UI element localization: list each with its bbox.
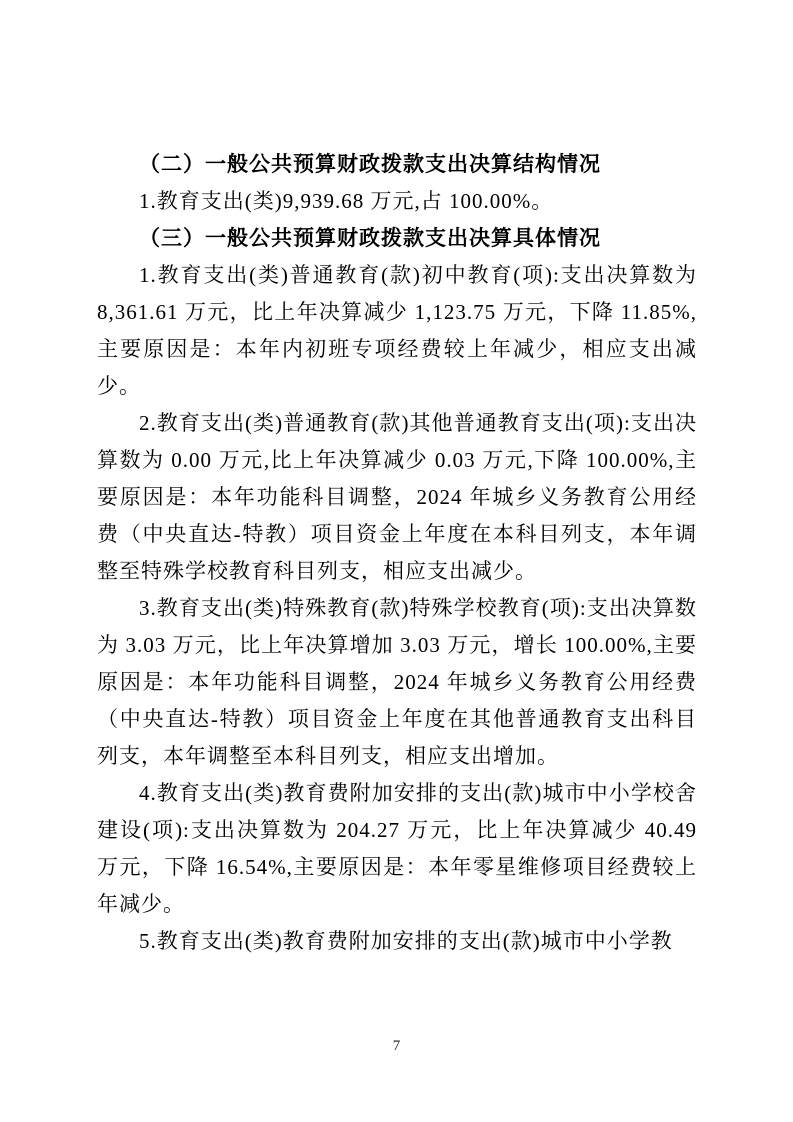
document-page: （二）一般公共预算财政拨款支出决算结构情况 1.教育支出(类)9,939.68 … xyxy=(0,0,793,1122)
section-heading-expenditure-structure: （二）一般公共预算财政拨款支出决算结构情况 xyxy=(97,146,697,183)
para-education-expenditure-total: 1.教育支出(类)9,939.68 万元,占 100.00%。 xyxy=(97,183,697,220)
para-item-3-special-school-education: 3.教育支出(类)特殊教育(款)特殊学校教育(项):支出决算数为 3.03 万元… xyxy=(97,590,697,775)
section-heading-expenditure-details: （三）一般公共预算财政拨款支出决算具体情况 xyxy=(97,220,697,257)
para-item-4-school-building-construction: 4.教育支出(类)教育费附加安排的支出(款)城市中小学校舍建设(项):支出决算数… xyxy=(97,775,697,923)
para-item-2-other-general-education: 2.教育支出(类)普通教育(款)其他普通教育支出(项):支出决算数为 0.00 … xyxy=(97,405,697,590)
page-footer: 7 xyxy=(0,1036,793,1056)
para-item-1-junior-high-education: 1.教育支出(类)普通教育(款)初中教育(项):支出决算数为 8,361.61 … xyxy=(97,257,697,405)
page-number: 7 xyxy=(393,1038,401,1054)
para-item-5-city-primary-secondary: 5.教育支出(类)教育费附加安排的支出(款)城市中小学教 xyxy=(97,923,697,960)
document-body: （二）一般公共预算财政拨款支出决算结构情况 1.教育支出(类)9,939.68 … xyxy=(97,146,697,960)
